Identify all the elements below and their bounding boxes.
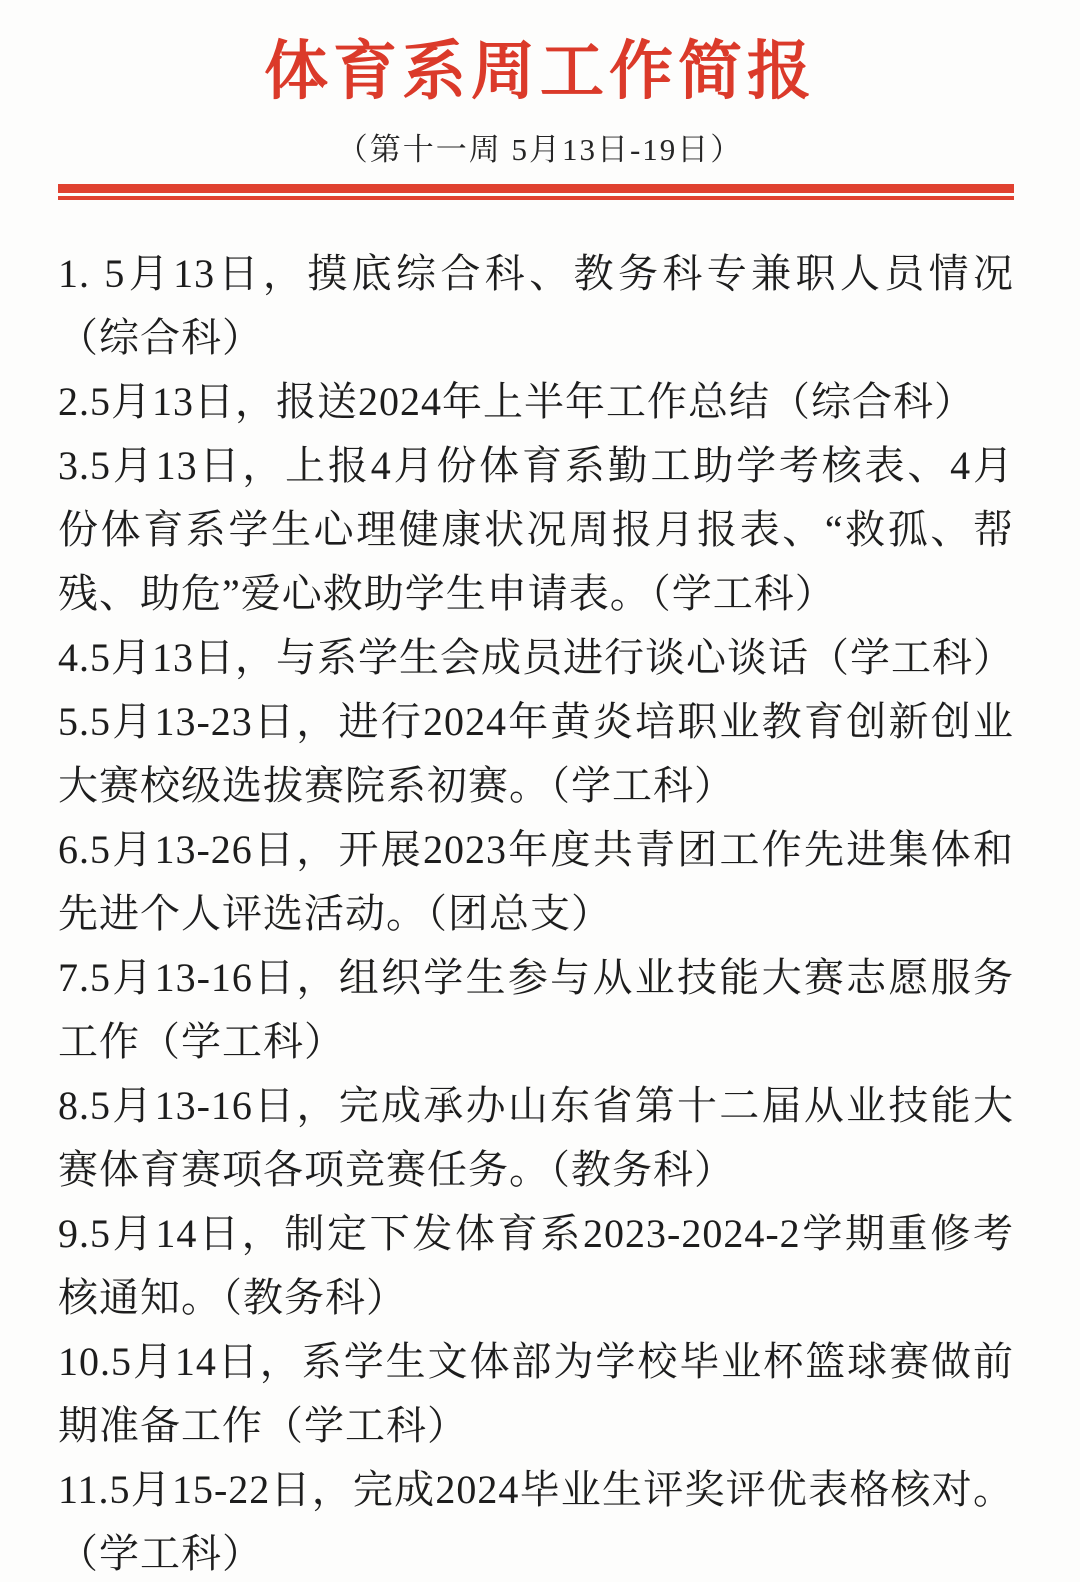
work-item-11: 11.5月15-22日，完成2024毕业生评奖评优表格核对。（学工科） (58, 1458, 1014, 1582)
work-item-10: 10.5月14日，系学生文体部为学校毕业杯篮球赛做前期准备工作（学工科） (58, 1330, 1014, 1458)
divider-thin-line (58, 196, 1014, 200)
work-item-5: 5.5月13-23日，进行2024年黄炎培职业教育创新创业大赛校级选拔赛院系初赛… (58, 690, 1014, 818)
work-item-2: 2.5月13日，报送2024年上半年工作总结（综合科） (58, 370, 1014, 434)
document-subtitle: （第十一周 5月13日-19日） (0, 130, 1080, 170)
work-item-9: 9.5月14日，制定下发体育系2023-2024-2学期重修考核通知。（教务科） (58, 1202, 1014, 1330)
work-item-8: 8.5月13-16日，完成承办山东省第十二届从业技能大赛体育赛项各项竞赛任务。（… (58, 1074, 1014, 1202)
work-items-list: 1. 5月13日，摸底综合科、教务科专兼职人员情况（综合科） 2.5月13日，报… (58, 242, 1014, 1582)
work-item-3: 3.5月13日，上报4月份体育系勤工助学考核表、4月份体育系学生心理健康状况周报… (58, 434, 1014, 626)
work-item-4: 4.5月13日，与系学生会成员进行谈心谈话（学工科） (58, 626, 1014, 690)
document-title: 体育系周工作简报 (0, 30, 1080, 114)
work-item-1: 1. 5月13日，摸底综合科、教务科专兼职人员情况（综合科） (58, 242, 1014, 370)
work-item-7: 7.5月13-16日，组织学生参与从业技能大赛志愿服务工作（学工科） (58, 946, 1014, 1074)
header-divider (58, 184, 1014, 200)
divider-thick-line (58, 184, 1014, 193)
document-page: 体育系周工作简报 （第十一周 5月13日-19日） 1. 5月13日，摸底综合科… (0, 0, 1080, 1582)
work-item-6: 6.5月13-26日，开展2023年度共青团工作先进集体和先进个人评选活动。（团… (58, 818, 1014, 946)
